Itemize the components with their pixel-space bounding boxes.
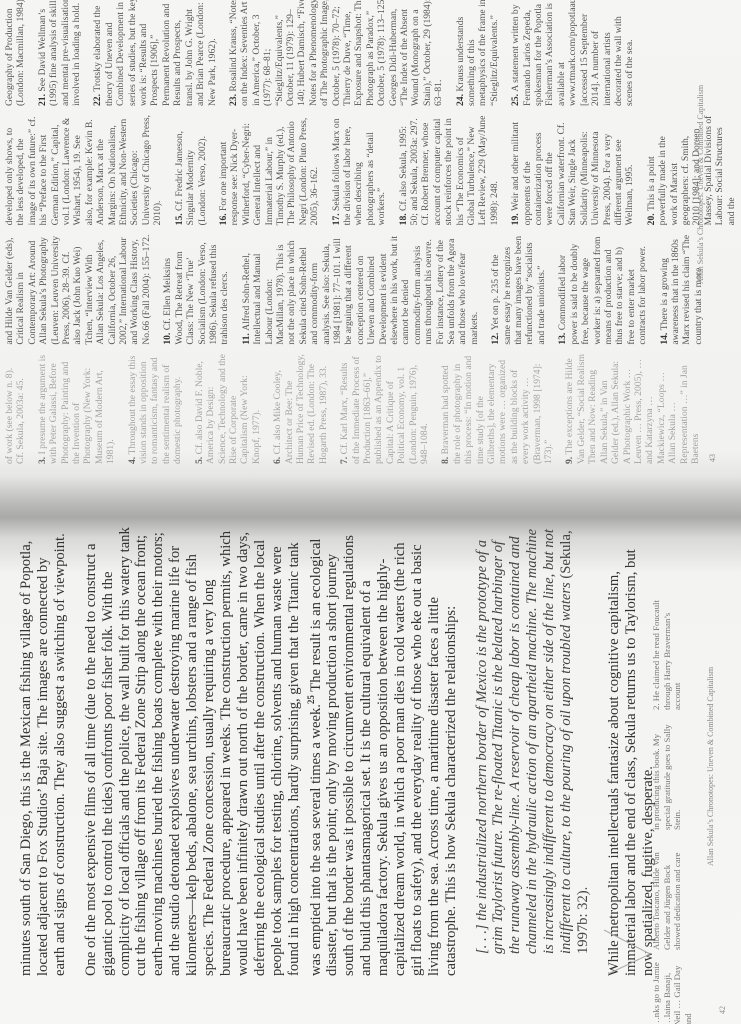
endnote: 8. Braverman had spotted the role of pho… xyxy=(440,354,554,464)
note-number: 11. xyxy=(241,331,252,345)
body-paragraph: One of the most expensive films of all t… xyxy=(83,526,460,976)
endnote: 3. I presume the argument is with Peter … xyxy=(37,354,117,464)
body-paragraph: minutes south of San Diego, this is the … xyxy=(18,526,69,976)
running-footer: Allan Sekula’s Chronotopes: Uneven & Com… xyxy=(696,85,705,284)
note-column: and Hilde Van Gelder (eds), Critical Rea… xyxy=(4,234,741,344)
endnote: 13. Commodified labor power is said to b… xyxy=(557,234,648,344)
note-number: 13. xyxy=(557,330,568,344)
note-number: 12. xyxy=(490,330,501,344)
endnote: 4. Throughout the essay this vision stan… xyxy=(127,354,184,464)
endnote: 10. Cf. Ellen Meiksins Wood, The Retreat… xyxy=(162,234,230,344)
endnote: 25. A statement written by Fernando Lari… xyxy=(510,0,635,106)
endnote: 17. Sekula follows Marx on the division … xyxy=(331,115,388,225)
endnotes: of work (see below n. 8). Cf. Sekula, 20… xyxy=(4,0,741,464)
note-number: 7. xyxy=(339,454,350,464)
endnote: 12. Yet on p. 235 of the same essay he r… xyxy=(490,234,547,344)
body-paragraph: While metropolitan intellectuals fantasi… xyxy=(606,526,657,976)
note-number: 15. xyxy=(174,211,185,225)
note-number: 9. xyxy=(564,454,575,464)
note-column: …nks go to Jamie …laina Banaji, Neil … G… xyxy=(651,958,693,1024)
note-column: 2. He claimed he read Foucault through H… xyxy=(651,598,693,710)
note-number: 3. xyxy=(37,454,48,464)
note-column: Geography of Production (London: Macmill… xyxy=(4,0,741,106)
note-number: 5. xyxy=(194,454,205,464)
note-number: 16. xyxy=(218,211,229,225)
endnote: 22. Trotsky elaborated the theory of Une… xyxy=(92,0,217,106)
endnote: of work (see below n. 8). Cf. Sekula, 20… xyxy=(4,354,27,464)
pencil-mark-icon xyxy=(598,922,658,982)
endnote: 16. For one important response see: Nick… xyxy=(218,115,321,225)
note-column: in producing this book. My special grati… xyxy=(651,718,693,830)
endnote: 23. Rosalind Krauss, “Notes on the Index… xyxy=(228,0,445,106)
endnote: and Hilde Van Gelder (eds), Critical Rea… xyxy=(4,234,152,344)
book-spread: minutes south of San Diego, this is the … xyxy=(0,0,741,1024)
endnote: 19. Weir and other militant opponents of… xyxy=(510,115,635,225)
footnote-reference[interactable]: 25 xyxy=(306,695,316,704)
note-number: 24. xyxy=(455,92,466,106)
endnote: 5. Cf. also David F. Noble, America by D… xyxy=(194,354,262,464)
note-column: developed only shows, to the less develo… xyxy=(4,115,741,225)
endnote: 15. Cf. Fredric Jameson, Singular Modern… xyxy=(174,115,208,225)
endnote: 18. Cf. also Sekula, 1995: 50; and Sekul… xyxy=(398,115,501,225)
endnote: 9. The exceptions are Hilde Van Gelder, … xyxy=(564,354,701,464)
note-number: 21. xyxy=(37,92,48,106)
endnote: Geography of Production (London: Macmill… xyxy=(4,0,27,106)
note-number: 22. xyxy=(92,92,103,106)
endnote: 20. This is a point powerfully made in t… xyxy=(646,115,737,225)
block-quote: [. . .] the industrialized northern bord… xyxy=(474,526,592,954)
page-number: 42 xyxy=(718,1006,727,1014)
endnote: developed only shows, to the less develo… xyxy=(4,115,164,225)
note-number: 19. xyxy=(510,211,521,225)
right-page: of work (see below n. 8). Cf. Sekula, 20… xyxy=(4,0,734,464)
note-number: 25. xyxy=(510,92,521,106)
body-text: minutes south of San Diego, this is the … xyxy=(18,526,657,976)
note-number: 23. xyxy=(228,92,239,106)
endnote: 21. See David Wellman’s (1995) fine anal… xyxy=(37,0,83,106)
endnote: 6. Cf. also Mike Cooley, Architect or Be… xyxy=(272,354,329,464)
note-number: 18. xyxy=(398,211,409,225)
endnote: 24. Krauss understands something of this… xyxy=(455,0,501,106)
note-column: of work (see below n. 8). Cf. Sekula, 20… xyxy=(4,354,741,464)
note-number: 6. xyxy=(272,454,283,464)
note-number: 20. xyxy=(646,211,657,225)
note-number: 14. xyxy=(659,330,670,344)
note-column: Alberto Toscano, Hilde Van Gelder and Jü… xyxy=(651,838,693,950)
note-number: 4. xyxy=(127,454,138,464)
left-page-notes: …nks go to Jamie …laina Banaji, Neil … G… xyxy=(651,506,693,976)
note-number: 10. xyxy=(162,330,173,344)
endnote: 7. Cf. Karl Marx, “Results of the Immedi… xyxy=(339,354,430,464)
note-number: 8. xyxy=(440,454,451,464)
running-footer: Allan Sekula’s Chronotopes: Uneven & Com… xyxy=(706,667,715,866)
left-page: minutes south of San Diego, this is the … xyxy=(18,526,738,976)
page-number: 43 xyxy=(708,454,717,462)
endnote: 11. Alfred Sohn-Rethel, Intellectual and… xyxy=(241,234,481,344)
note-number: 17. xyxy=(331,211,342,225)
